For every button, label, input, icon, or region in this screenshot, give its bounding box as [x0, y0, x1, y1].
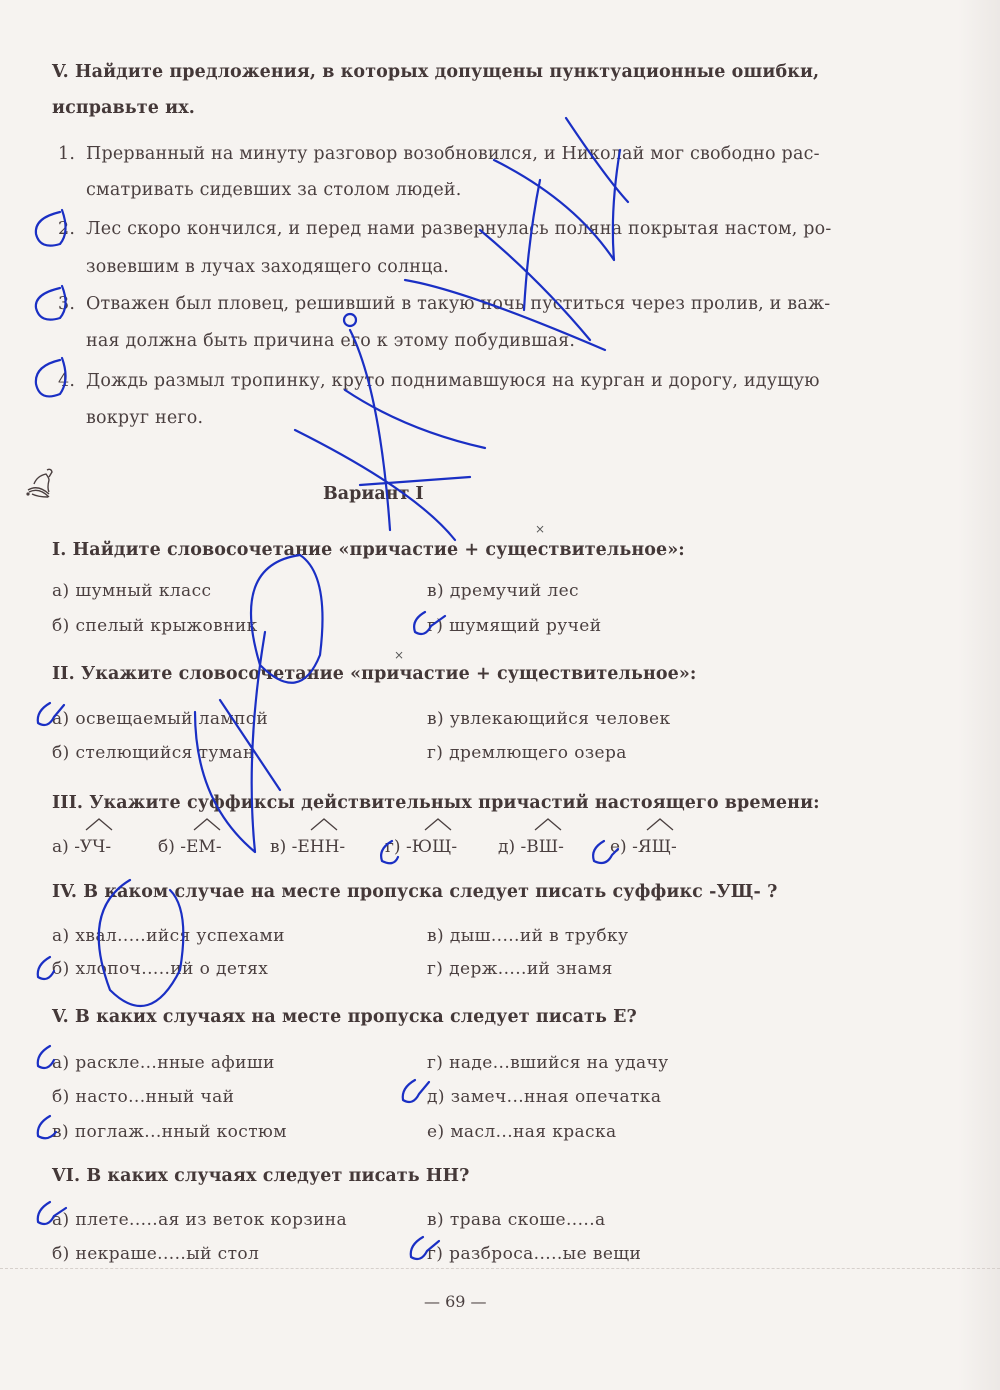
- option-label: г): [427, 743, 443, 763]
- option-label: а): [52, 837, 69, 857]
- option-label: в): [427, 1210, 444, 1230]
- option-label: а): [52, 1053, 70, 1073]
- page-edge-shade: [958, 0, 1000, 1390]
- task-6-option-v[interactable]: в) трава скоше.....а: [427, 1210, 606, 1230]
- option-text: -ЯЩ-: [632, 837, 677, 857]
- task-4-option-b[interactable]: б) хлопоч.....ий о детях: [52, 959, 268, 979]
- sentence-3-line1: Отважен был пловец, решивший в такую ноч…: [86, 294, 830, 314]
- root-hat-icon: [84, 817, 114, 831]
- cross-mark: ×: [535, 522, 545, 536]
- option-text: разброса.....ые вещи: [449, 1244, 641, 1264]
- scrawl-stroke-3: [524, 180, 540, 310]
- option-text: -УЧ-: [74, 837, 111, 857]
- option-text: трава скоше.....а: [450, 1210, 606, 1230]
- sentence-1-number: 1.: [58, 144, 75, 164]
- task-6-option-b[interactable]: б) некраше.....ый стол: [52, 1244, 259, 1264]
- bell-icon: [24, 466, 60, 502]
- task-3-option[interactable]: е) -ЯЩ-: [610, 837, 677, 857]
- sentence-4-line1: Дождь размыл тропинку, круто поднимавшую…: [86, 371, 820, 391]
- task-3-option[interactable]: д) -ВШ-: [498, 837, 564, 857]
- option-text: хлопоч.....ий о детях: [75, 959, 268, 979]
- check-circle: [403, 1080, 429, 1102]
- task-4-heading: IV. В каком случае на месте пропуска сле…: [52, 882, 777, 902]
- cross-mark: ×: [394, 648, 404, 662]
- option-text: замеч...нная опечатка: [451, 1087, 662, 1107]
- task-1-option-g[interactable]: г) шумящий ручей: [427, 616, 602, 636]
- option-label: д): [498, 837, 515, 857]
- option-label: е): [427, 1122, 445, 1142]
- task-6-option-a[interactable]: а) плете.....ая из веток корзина: [52, 1210, 347, 1230]
- scrawl-stroke-6: [345, 390, 485, 448]
- task-6-option-g[interactable]: г) разброса.....ые вещи: [427, 1244, 641, 1264]
- page-number: — 69 —: [424, 1292, 487, 1311]
- option-label: а): [52, 581, 70, 601]
- small-circle-mark: [344, 314, 356, 326]
- task-3-heading: III. Укажите суффиксы действительных при…: [52, 793, 820, 813]
- option-label: б): [158, 837, 175, 857]
- sentence-2-line1: Лес скоро кончился, и перед нами разверн…: [86, 219, 832, 239]
- sentence-4-line2: вокруг него.: [86, 408, 203, 428]
- task-2-option-v[interactable]: в) увлекающийся человек: [427, 709, 671, 729]
- option-label: в): [270, 837, 286, 857]
- option-text: освещаемый лампой: [75, 709, 268, 729]
- sentence-4-number: 4.: [58, 371, 75, 391]
- task-2-option-a[interactable]: а) освещаемый лампой: [52, 709, 268, 729]
- sentence-3-line2: ная должна быть причина его к этому побу…: [86, 331, 575, 351]
- task-3-option[interactable]: в) -ЕНН-: [270, 837, 345, 857]
- task-2-option-g[interactable]: г) дремлющего озера: [427, 743, 627, 763]
- task-v-top-heading-line1: V. Найдите предложения, в которых допуще…: [52, 62, 819, 82]
- option-text: -ЮЩ-: [406, 837, 457, 857]
- option-label: б): [52, 1244, 70, 1264]
- root-hat-icon: [645, 817, 675, 831]
- root-hat-icon: [423, 817, 453, 831]
- option-text: -ВШ-: [521, 837, 564, 857]
- option-text: держ.....ий знамя: [449, 959, 613, 979]
- option-text: раскле...нные афиши: [75, 1053, 274, 1073]
- option-label: б): [52, 616, 70, 636]
- option-label: б): [52, 743, 70, 763]
- root-hat-icon: [533, 817, 563, 831]
- task-5-option-d[interactable]: д) замеч...нная опечатка: [427, 1087, 661, 1107]
- option-label: г): [427, 1244, 443, 1264]
- page-fold-line: [0, 1268, 1000, 1271]
- option-text: дремлющего озера: [449, 743, 627, 763]
- option-text: дремучий лес: [450, 581, 579, 601]
- task-4-option-a[interactable]: а) хвал.....ийся успехами: [52, 926, 285, 946]
- sentence-2-number: 2.: [58, 219, 75, 239]
- option-label: в): [427, 581, 444, 601]
- sentence-2-line2: зовевшим в лучах заходящего солнца.: [86, 257, 449, 277]
- task-1-option-v[interactable]: в) дремучий лес: [427, 581, 579, 601]
- option-text: насто...нный чай: [75, 1087, 234, 1107]
- option-label: б): [52, 959, 70, 979]
- task-5-heading: V. В каких случаях на месте пропуска сле…: [52, 1007, 637, 1027]
- option-label: а): [52, 709, 70, 729]
- sentence-1-line2: сматривать сидевших за столом людей.: [86, 180, 462, 200]
- task-3-option[interactable]: б) -ЕМ-: [158, 837, 222, 857]
- sentence-1-line1: Прерванный на минуту разговор возобновил…: [86, 144, 820, 164]
- workbook-page: V. Найдите предложения, в которых допуще…: [0, 0, 1000, 1390]
- option-label: в): [427, 709, 444, 729]
- option-text: стелющийся туман: [75, 743, 254, 763]
- option-label: в): [427, 926, 444, 946]
- task-2-heading: II. Укажите словосочетание «причастие + …: [52, 664, 696, 684]
- task-5-option-v[interactable]: в) поглаж...нный костюм: [52, 1122, 287, 1142]
- option-label: г): [427, 616, 443, 636]
- task-5-option-b[interactable]: б) насто...нный чай: [52, 1087, 234, 1107]
- option-text: -ЕНН-: [292, 837, 346, 857]
- task-v-top-heading-line2: исправьте их.: [52, 98, 195, 118]
- option-label: г): [427, 1053, 443, 1073]
- option-label: г): [427, 959, 443, 979]
- task-5-option-a[interactable]: а) раскле...нные афиши: [52, 1053, 275, 1073]
- option-label: а): [52, 926, 70, 946]
- option-text: увлекающийся человек: [450, 709, 671, 729]
- task-1-option-a[interactable]: а) шумный класс: [52, 581, 211, 601]
- task-3-option[interactable]: г) -ЮЩ-: [385, 837, 457, 857]
- option-label: а): [52, 1210, 70, 1230]
- option-text: хвал.....ийся успехами: [75, 926, 284, 946]
- option-text: спелый крыжовник: [75, 616, 257, 636]
- variant-title: Вариант I: [323, 484, 424, 504]
- task-4-option-g[interactable]: г) держ.....ий знамя: [427, 959, 613, 979]
- option-text: наде...вшийся на удачу: [449, 1053, 668, 1073]
- task-4-option-v[interactable]: в) дыш.....ий в трубку: [427, 926, 628, 946]
- option-text: некраше.....ый стол: [75, 1244, 259, 1264]
- option-text: дыш.....ий в трубку: [450, 926, 629, 946]
- option-label: е): [610, 837, 627, 857]
- task-6-heading: VI. В каких случаях следует писать НН?: [52, 1166, 470, 1186]
- scrawl-stroke-4: [480, 230, 590, 340]
- task-2-option-b[interactable]: б) стелющийся туман: [52, 743, 255, 763]
- option-text: поглаж...нный костюм: [75, 1122, 287, 1142]
- scrawl-stroke-2: [494, 150, 620, 260]
- option-text: плете.....ая из веток корзина: [75, 1210, 347, 1230]
- option-label: в): [52, 1122, 69, 1142]
- option-label: д): [427, 1087, 445, 1107]
- option-text: шумящий ручей: [449, 616, 601, 636]
- option-text: шумный класс: [75, 581, 211, 601]
- root-hat-icon: [192, 817, 222, 831]
- option-text: -ЕМ-: [180, 837, 221, 857]
- task-5-option-e[interactable]: е) масл...ная краска: [427, 1122, 617, 1142]
- task-3-option[interactable]: а) -УЧ-: [52, 837, 111, 857]
- option-label: г): [385, 837, 401, 857]
- task-1-option-b[interactable]: б) спелый крыжовник: [52, 616, 258, 636]
- root-hat-icon: [309, 817, 339, 831]
- option-text: масл...ная краска: [450, 1122, 616, 1142]
- sentence-3-number: 3.: [58, 294, 75, 314]
- option-label: б): [52, 1087, 70, 1107]
- task-5-option-g[interactable]: г) наде...вшийся на удачу: [427, 1053, 669, 1073]
- task-1-heading: I. Найдите словосочетание «причастие + с…: [52, 540, 685, 560]
